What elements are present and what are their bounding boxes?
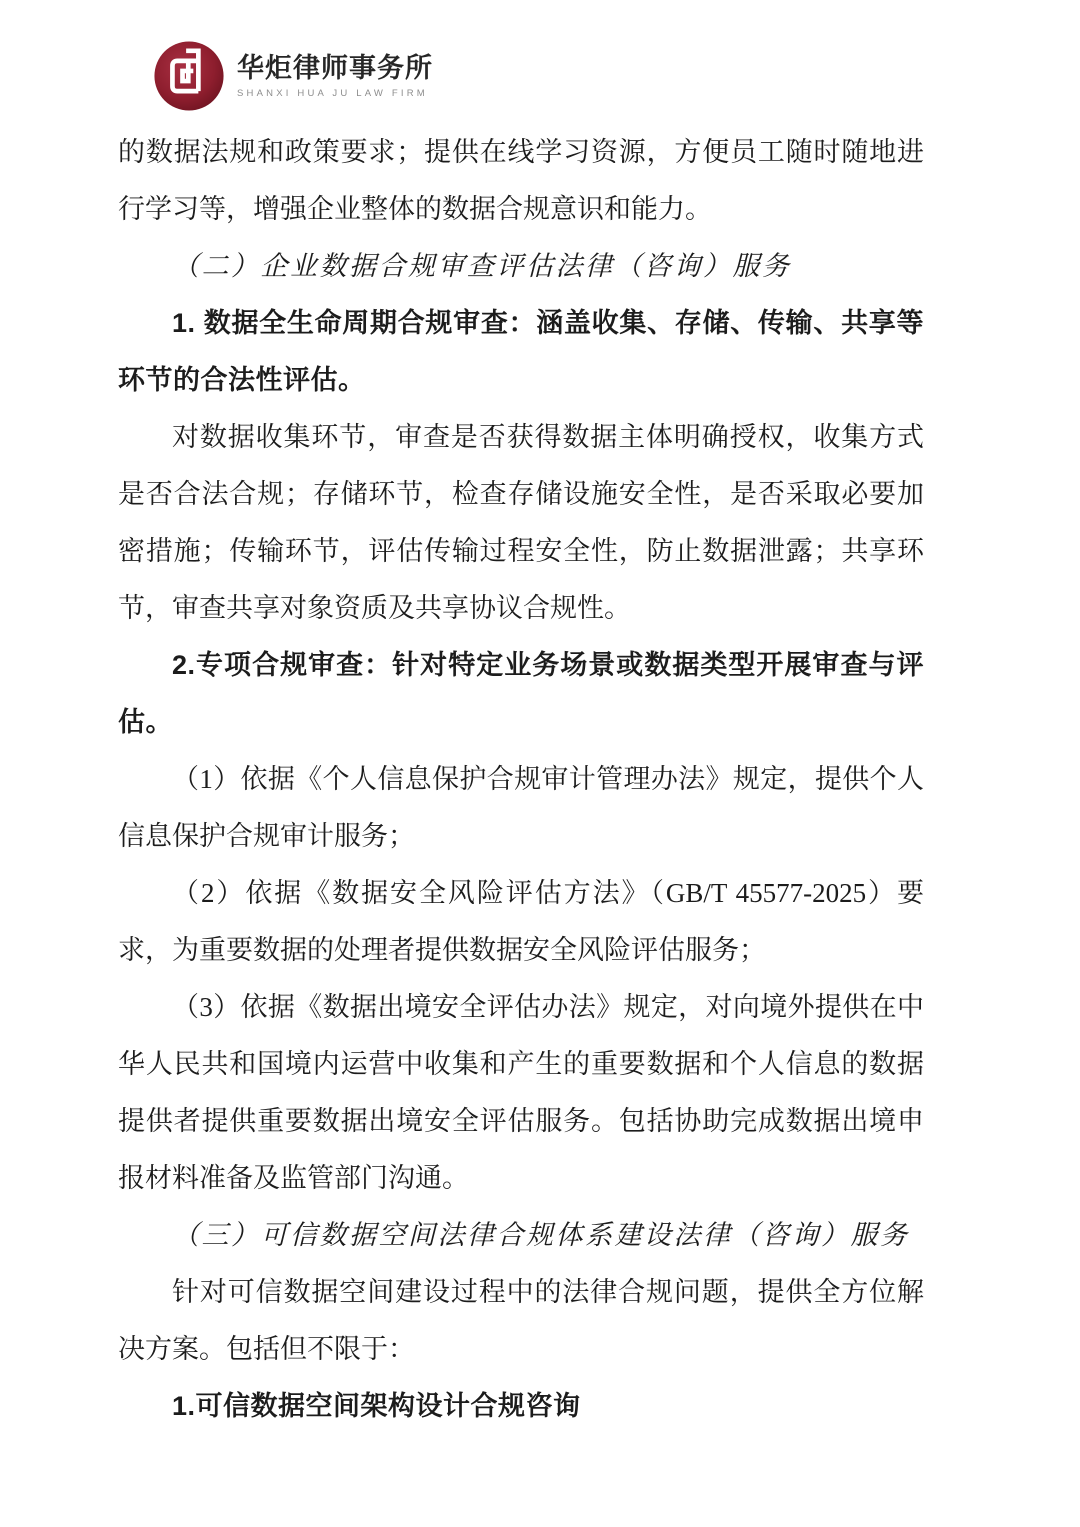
paragraph-trusted-space-intro: 针对可信数据空间建设过程中的法律合规问题，提供全方位解决方案。包括但不限于： <box>118 1264 924 1378</box>
law-firm-logo-icon <box>152 40 226 112</box>
subsection-heading-special-review: 2.专项合规审查：针对特定业务场景或数据类型开展审查与评估。 <box>118 637 924 751</box>
paragraph-lifecycle-detail: 对数据收集环节，审查是否获得数据主体明确授权，收集方式是否合法合规；存储环节，检… <box>118 409 924 637</box>
section-heading-3: （三）可信数据空间法律合规体系建设法律（咨询）服务 <box>118 1207 924 1264</box>
subsection-heading-trusted-space-1: 1.可信数据空间架构设计合规咨询 <box>118 1378 924 1435</box>
law-firm-name-en: SHANXI HUA JU LAW FIRM <box>237 88 433 99</box>
document-page: 华炬律师事务所 SHANXI HUA JU LAW FIRM 的数据法规和政策要… <box>0 0 1080 1527</box>
law-firm-name: 华炬律师事务所 SHANXI HUA JU LAW FIRM <box>237 53 433 99</box>
subsection-heading-lifecycle-review: 1. 数据全生命周期合规审查：涵盖收集、存储、传输、共享等环节的合法性评估。 <box>118 295 924 409</box>
section-heading-2: （二）企业数据合规审查评估法律（咨询）服务 <box>118 238 924 295</box>
paragraph-continuation: 的数据法规和政策要求；提供在线学习资源，方便员工随时随地进行学习等，增强企业整体… <box>118 124 924 238</box>
paragraph-item-1: （1）依据《个人信息保护合规审计管理办法》规定，提供个人信息保护合规审计服务； <box>118 751 924 865</box>
law-firm-name-cn: 华炬律师事务所 <box>237 53 433 84</box>
paragraph-item-2: （2）依据《数据安全风险评估方法》（GB/T 45577-2025）要求，为重要… <box>118 865 924 979</box>
document-content: 的数据法规和政策要求；提供在线学习资源，方便员工随时随地进行学习等，增强企业整体… <box>118 124 924 1435</box>
paragraph-item-3: （3）依据《数据出境安全评估办法》规定，对向境外提供在中华人民共和国境内运营中收… <box>118 979 924 1207</box>
law-firm-logo: 华炬律师事务所 SHANXI HUA JU LAW FIRM <box>152 40 433 112</box>
